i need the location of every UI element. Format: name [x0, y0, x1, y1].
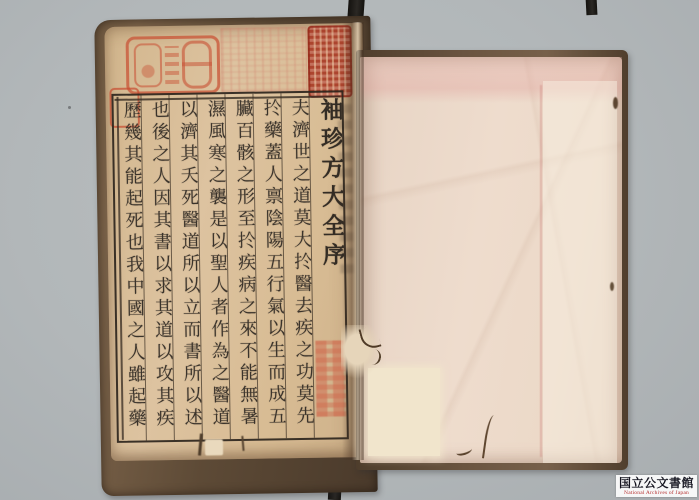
paper-crease-gap [205, 439, 223, 455]
seal-stamp-large-red [126, 35, 221, 94]
seal-glyph [134, 43, 163, 87]
worm-damage-mark [610, 282, 614, 291]
book-left-side: 袖珍方大全序 夫濟世之道莫大扵醫去疾之功莫先 扵藥蓋人禀陰陽五行氣以生而成五 臟… [94, 16, 377, 496]
seal-glyph [165, 46, 180, 84]
repair-patch [368, 368, 440, 456]
right-page-blank [360, 57, 622, 463]
left-page: 袖珍方大全序 夫濟世之道莫大扵醫去疾之功莫先 扵藥蓋人禀陰陽五行氣以生而成五 臟… [104, 23, 369, 461]
worm-damage-mark [613, 97, 618, 109]
book-spine-fold [342, 22, 364, 460]
watermark-japanese-label: 国立公文書館 [619, 477, 694, 490]
seal-stamp-faded [220, 27, 307, 92]
photo-background: 袖珍方大全序 夫濟世之道莫大扵醫去疾之功莫先 扵藥蓋人禀陰陽五行氣以生而成五 臟… [0, 0, 699, 500]
light-paper-band [543, 81, 617, 463]
paper-crease [198, 433, 203, 455]
watermark-english-label: National Archives of Japan [619, 490, 694, 496]
spine-tear-damage [341, 325, 381, 379]
dust-speck [68, 106, 71, 109]
text-frame: 袖珍方大全序 夫濟世之道莫大扵醫去疾之功莫先 扵藥蓋人禀陰陽五行氣以生而成五 臟… [111, 90, 348, 443]
seal-glyph [181, 40, 212, 88]
pink-fold-line [540, 85, 542, 457]
case-tie-strap-top-right [586, 0, 598, 15]
archives-watermark: 国立公文書館 National Archives of Japan [616, 475, 697, 497]
